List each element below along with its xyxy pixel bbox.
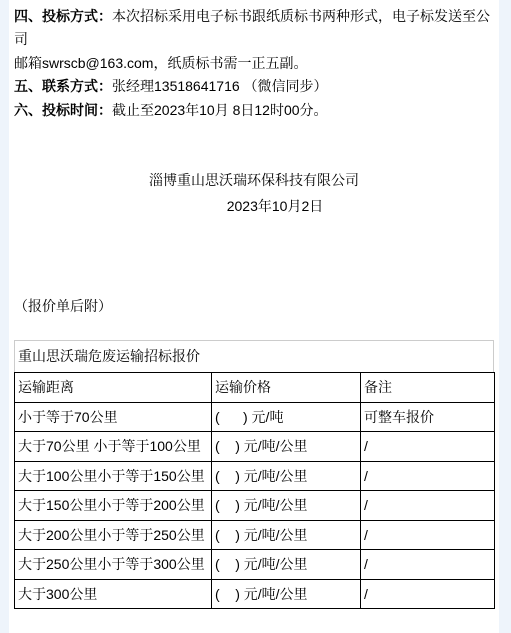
cell-price: ( ) 元/吨/公里 — [212, 432, 361, 462]
table-row: 大于70公里 小于等于100公里 ( ) 元/吨/公里 / — [15, 432, 495, 462]
cell-distance: 大于100公里小于等于150公里 — [15, 461, 212, 491]
document-page: 四、投标方式：本次招标采用电子标书跟纸质标书两种形式，电子标发送至公司 邮箱sw… — [9, 0, 499, 633]
cell-remark: 可整车报价 — [361, 402, 495, 432]
table-row: 大于250公里小于等于300公里 ( ) 元/吨/公里 / — [15, 550, 495, 580]
col-header-price: 运输价格 — [212, 373, 361, 403]
pricing-table: 运输距离 运输价格 备注 小于等于70公里 ( ) 元/吨 可整车报价 大于70… — [14, 372, 495, 609]
cell-distance: 大于150公里小于等于200公里 — [15, 491, 212, 521]
paragraph-line: 邮箱swrscb@163.com，纸质标书需一正五副。 — [14, 52, 497, 75]
cell-distance: 大于70公里 小于等于100公里 — [15, 432, 212, 462]
paragraph-text: 张经理13518641716 （微信同步） — [112, 78, 328, 94]
table-header-row: 运输距离 运输价格 备注 — [15, 373, 495, 403]
cell-remark: / — [361, 520, 495, 550]
cell-price: ( ) 元/吨 — [212, 402, 361, 432]
table-row: 大于100公里小于等于150公里 ( ) 元/吨/公里 / — [15, 461, 495, 491]
company-name: 淄博重山思沃瑞环保科技有限公司 — [9, 172, 499, 188]
cell-remark: / — [361, 461, 495, 491]
cell-distance: 小于等于70公里 — [15, 402, 212, 432]
paragraph-label: 五、联系方式： — [14, 78, 112, 94]
attachment-note: （报价单后附） — [14, 298, 112, 315]
cell-price: ( ) 元/吨/公里 — [212, 579, 361, 609]
table-row: 大于200公里小于等于250公里 ( ) 元/吨/公里 / — [15, 520, 495, 550]
cell-remark: / — [361, 550, 495, 580]
pricing-table-section: 重山思沃瑞危废运输招标报价 运输距离 运输价格 备注 小于等于70公里 ( ) … — [14, 340, 494, 609]
cell-price: ( ) 元/吨/公里 — [212, 461, 361, 491]
cell-distance: 大于300公里 — [15, 579, 212, 609]
cell-price: ( ) 元/吨/公里 — [212, 491, 361, 521]
table-row: 大于300公里 ( ) 元/吨/公里 / — [15, 579, 495, 609]
bid-instructions: 四、投标方式：本次招标采用电子标书跟纸质标书两种形式，电子标发送至公司 邮箱sw… — [14, 5, 497, 122]
cell-remark: / — [361, 579, 495, 609]
paragraph-line: 四、投标方式：本次招标采用电子标书跟纸质标书两种形式，电子标发送至公司 — [14, 5, 497, 52]
pricing-table-title: 重山思沃瑞危废运输招标报价 — [14, 340, 494, 372]
cell-distance: 大于250公里小于等于300公里 — [15, 550, 212, 580]
paragraph-line: 六、投标时间：截止至2023年10月 8日12时00分。 — [14, 99, 497, 122]
col-header-distance: 运输距离 — [15, 373, 212, 403]
paragraph-text: 邮箱swrscb@163.com，纸质标书需一正五副。 — [14, 55, 307, 71]
table-row: 大于150公里小于等于200公里 ( ) 元/吨/公里 / — [15, 491, 495, 521]
table-row: 小于等于70公里 ( ) 元/吨 可整车报价 — [15, 402, 495, 432]
signature-date-row: 2023年10月2日 — [9, 198, 499, 214]
cell-remark: / — [361, 491, 495, 521]
col-header-remark: 备注 — [361, 373, 495, 403]
signature-date: 2023年10月2日 — [227, 198, 324, 214]
paragraph-text: 截止至2023年10月 8日12时00分。 — [112, 102, 328, 118]
cell-price: ( ) 元/吨/公里 — [212, 520, 361, 550]
cell-price: ( ) 元/吨/公里 — [212, 550, 361, 580]
pricing-table-body: 小于等于70公里 ( ) 元/吨 可整车报价 大于70公里 小于等于100公里 … — [15, 402, 495, 609]
paragraph-label: 四、投标方式： — [14, 8, 112, 24]
paragraph-line: 五、联系方式：张经理13518641716 （微信同步） — [14, 75, 497, 98]
cell-remark: / — [361, 432, 495, 462]
paragraph-label: 六、投标时间： — [14, 102, 112, 118]
cell-distance: 大于200公里小于等于250公里 — [15, 520, 212, 550]
